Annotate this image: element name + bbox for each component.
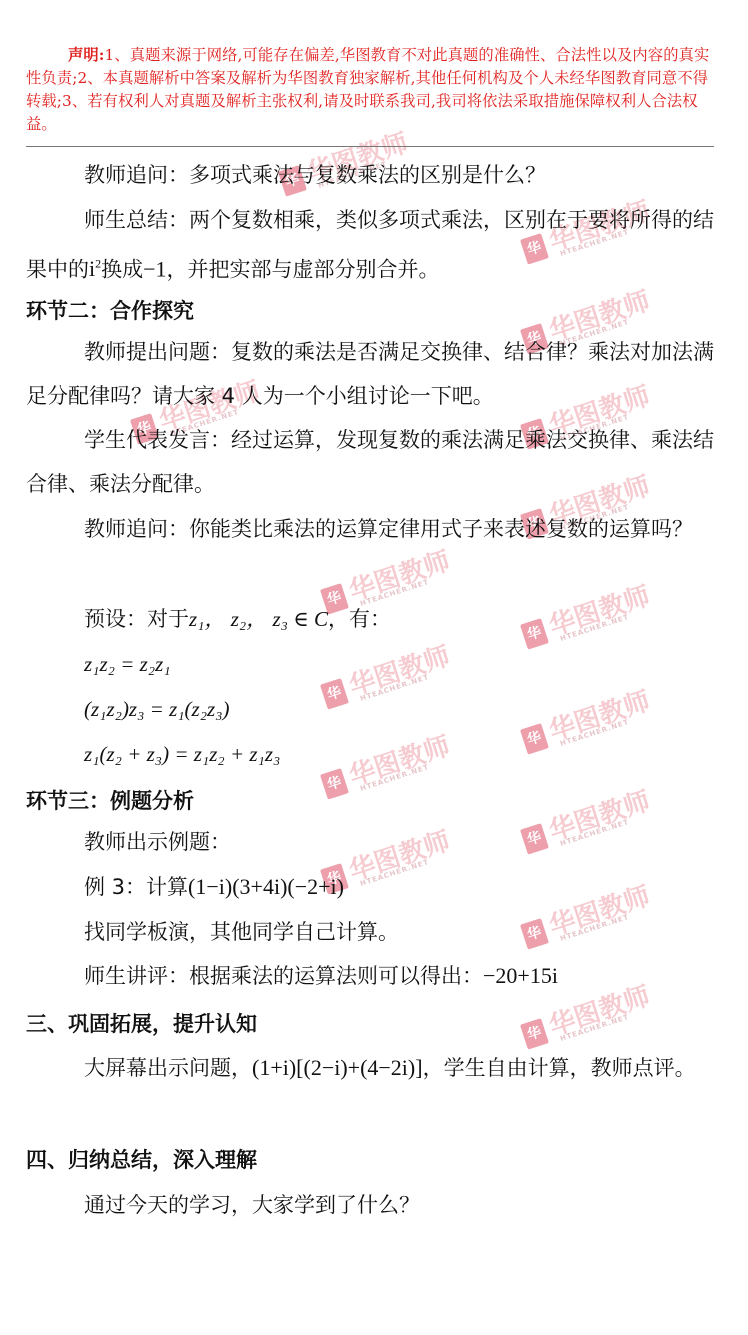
brand-logo-icon: 华 bbox=[320, 768, 349, 800]
disclaimer-lead: 声明: bbox=[68, 46, 105, 64]
disclaimer: 声明:1、真题来源于网络,可能存在偏差,华图教育不对此真题的准确性、合法性以及内… bbox=[26, 44, 714, 136]
paragraph-summary: 师生总结：两个复数相乘，类似多项式乘法，区别在于要将所得的结果中的i2换成−1，… bbox=[26, 198, 716, 291]
paragraph-student-response: 学生代表发言：经过运算，发现复数的乘法满足乘法交换律、乘法结合律、乘法分配律。 bbox=[26, 418, 716, 506]
brand-logo-icon: 华 bbox=[520, 823, 549, 855]
paragraph-teacher-question-1: 教师追问：多项式乘法与复数乘法的区别是什么？ bbox=[84, 160, 546, 190]
watermark: 华华图教师HTEACHER.NET bbox=[317, 636, 455, 714]
preset-vars: z₁， z₂， z₃ ∈ C bbox=[189, 607, 328, 631]
imaginary-unit: i2 bbox=[89, 256, 101, 281]
brand-logo-icon: 华 bbox=[520, 918, 549, 950]
watermark: 华华图教师HTEACHER.NET bbox=[517, 576, 655, 654]
paragraph-screen-problem: 大屏幕出示问题，(1+i)[(2−i)+(4−2i)]，学生自由计算，教师点评。 bbox=[26, 1046, 716, 1090]
paragraph-teacher-question-2: 教师提出问题：复数的乘法是否满足交换律、结合律？乘法对加法满足分配律吗？请大家 … bbox=[26, 330, 716, 418]
section-heading-2: 环节二：合作探究 bbox=[26, 296, 194, 326]
formula-associative: (z₁z₂)z₃ = z₁(z₂z₃) bbox=[84, 697, 229, 722]
divider bbox=[26, 146, 714, 147]
brand-logo-icon: 华 bbox=[520, 1018, 549, 1050]
paragraph-closing-question: 通过今天的学习，大家学到了什么？ bbox=[84, 1190, 420, 1220]
screen-problem-expression: (1+i)[(2−i)+(4−2i)] bbox=[252, 1055, 423, 1080]
result-value: −20+15i bbox=[483, 963, 558, 988]
watermark: 华华图教师HTEACHER.NET bbox=[317, 726, 455, 804]
formula-distributive: z₁(z₂ + z₃) = z₁z₂ + z₁z₃ bbox=[84, 742, 280, 767]
part-heading-3: 三、巩固拓展，提升认知 bbox=[26, 1009, 257, 1039]
paragraph-teacher-question-3: 教师追问：你能类比乘法的运算定律用式子来表述复数的运算吗？ bbox=[26, 507, 716, 551]
example-3: 例 3：计算(1−i)(3+4i)(−2+i) bbox=[84, 872, 344, 902]
brand-logo-icon: 华 bbox=[520, 618, 549, 650]
watermark: 华华图教师HTEACHER.NET bbox=[517, 876, 655, 954]
watermark: 华华图教师HTEACHER.NET bbox=[517, 781, 655, 859]
brand-logo-icon: 华 bbox=[320, 678, 349, 710]
watermark: 华华图教师HTEACHER.NET bbox=[517, 681, 655, 759]
paragraph-example-intro: 教师出示例题： bbox=[84, 827, 231, 857]
formula-commutative: z₁z₂ = z₂z₁ bbox=[84, 652, 171, 677]
paragraph-review: 师生讲评：根据乘法的运算法则可以得出：−20+15i bbox=[84, 961, 558, 991]
paragraph-board-practice: 找同学板演，其他同学自己计算。 bbox=[84, 917, 399, 947]
example-expression: (1−i)(3+4i)(−2+i) bbox=[188, 874, 344, 899]
brand-logo-icon: 华 bbox=[520, 723, 549, 755]
disclaimer-text: 1、真题来源于网络,可能存在偏差,华图教育不对此真题的准确性、合法性以及内容的真… bbox=[26, 46, 709, 133]
section-heading-3: 环节三：例题分析 bbox=[26, 786, 194, 816]
part-heading-4: 四、归纳总结，深入理解 bbox=[26, 1145, 257, 1175]
preset-line: 预设：对于z₁， z₂， z₃ ∈ C，有： bbox=[84, 604, 391, 634]
